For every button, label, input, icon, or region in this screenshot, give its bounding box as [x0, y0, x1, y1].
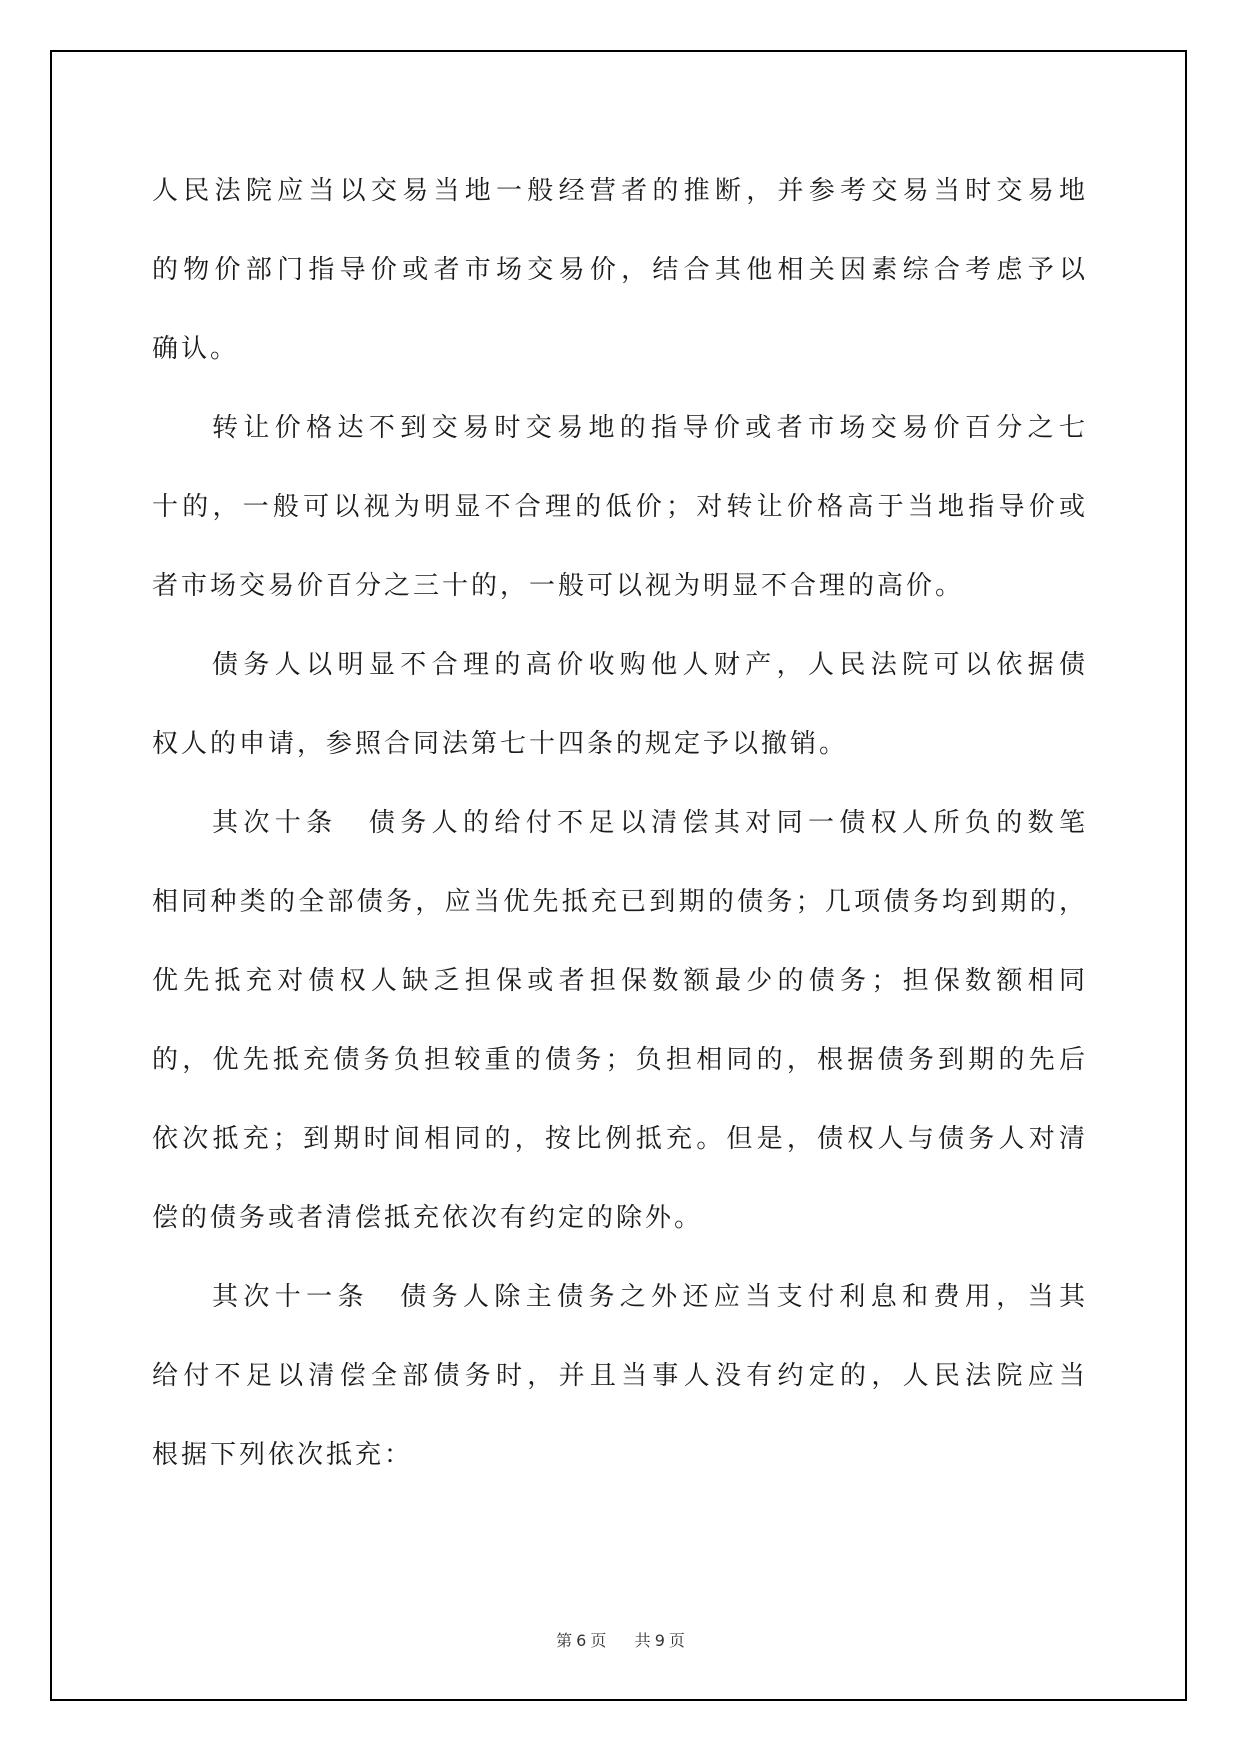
- text-line: 债务人以明显不合理的高价收购他人财产，人民法院可以依据债: [152, 637, 1088, 716]
- text-line: 根据下列依次抵充：: [152, 1427, 1088, 1506]
- text-line: 其次十一条 债务人除主债务之外还应当支付利息和费用，当其: [152, 1269, 1088, 1348]
- document-body: 人民法院应当以交易当地一般经营者的推断，并参考交易当时交易地 的物价部门指导价或…: [152, 163, 1088, 1506]
- text-line: 依次抵充；到期时间相同的，按比例抵充。但是，债权人与债务人对清: [152, 1111, 1088, 1190]
- page-suffix: 页: [590, 1631, 606, 1650]
- total-pages: 9: [655, 1631, 665, 1650]
- text-line: 的，优先抵充债务负担较重的债务；负担相同的，根据债务到期的先后: [152, 1032, 1088, 1111]
- total-pages-label: 共9页: [633, 1631, 687, 1650]
- page-footer: 第6页 共9页: [0, 1628, 1241, 1651]
- text-line: 相同种类的全部债务，应当优先抵充已到期的债务；几项债务均到期的，: [152, 874, 1088, 953]
- text-line: 其次十条 债务人的给付不足以清偿其对同一债权人所负的数笔: [152, 795, 1088, 874]
- text-line: 权人的申请，参照合同法第七十四条的规定予以撤销。: [152, 716, 1088, 795]
- total-prefix: 共: [635, 1631, 651, 1650]
- text-line: 优先抵充对债权人缺乏担保或者担保数额最少的债务；担保数额相同: [152, 953, 1088, 1032]
- text-line: 人民法院应当以交易当地一般经营者的推断，并参考交易当时交易地: [152, 163, 1088, 242]
- text-line: 十的，一般可以视为明显不合理的低价；对转让价格高于当地指导价或: [152, 479, 1088, 558]
- text-line: 给付不足以清偿全部债务时，并且当事人没有约定的，人民法院应当: [152, 1348, 1088, 1427]
- total-suffix: 页: [669, 1631, 685, 1650]
- page-number-label: 第6页: [554, 1631, 608, 1650]
- text-line: 确认。: [152, 321, 1088, 400]
- current-page: 6: [576, 1631, 586, 1650]
- text-line: 者市场交易价百分之三十的，一般可以视为明显不合理的高价。: [152, 558, 1088, 637]
- page-prefix: 第: [556, 1631, 572, 1650]
- text-line: 的物价部门指导价或者市场交易价，结合其他相关因素综合考虑予以: [152, 242, 1088, 321]
- text-line: 转让价格达不到交易时交易地的指导价或者市场交易价百分之七: [152, 400, 1088, 479]
- text-line: 偿的债务或者清偿抵充依次有约定的除外。: [152, 1190, 1088, 1269]
